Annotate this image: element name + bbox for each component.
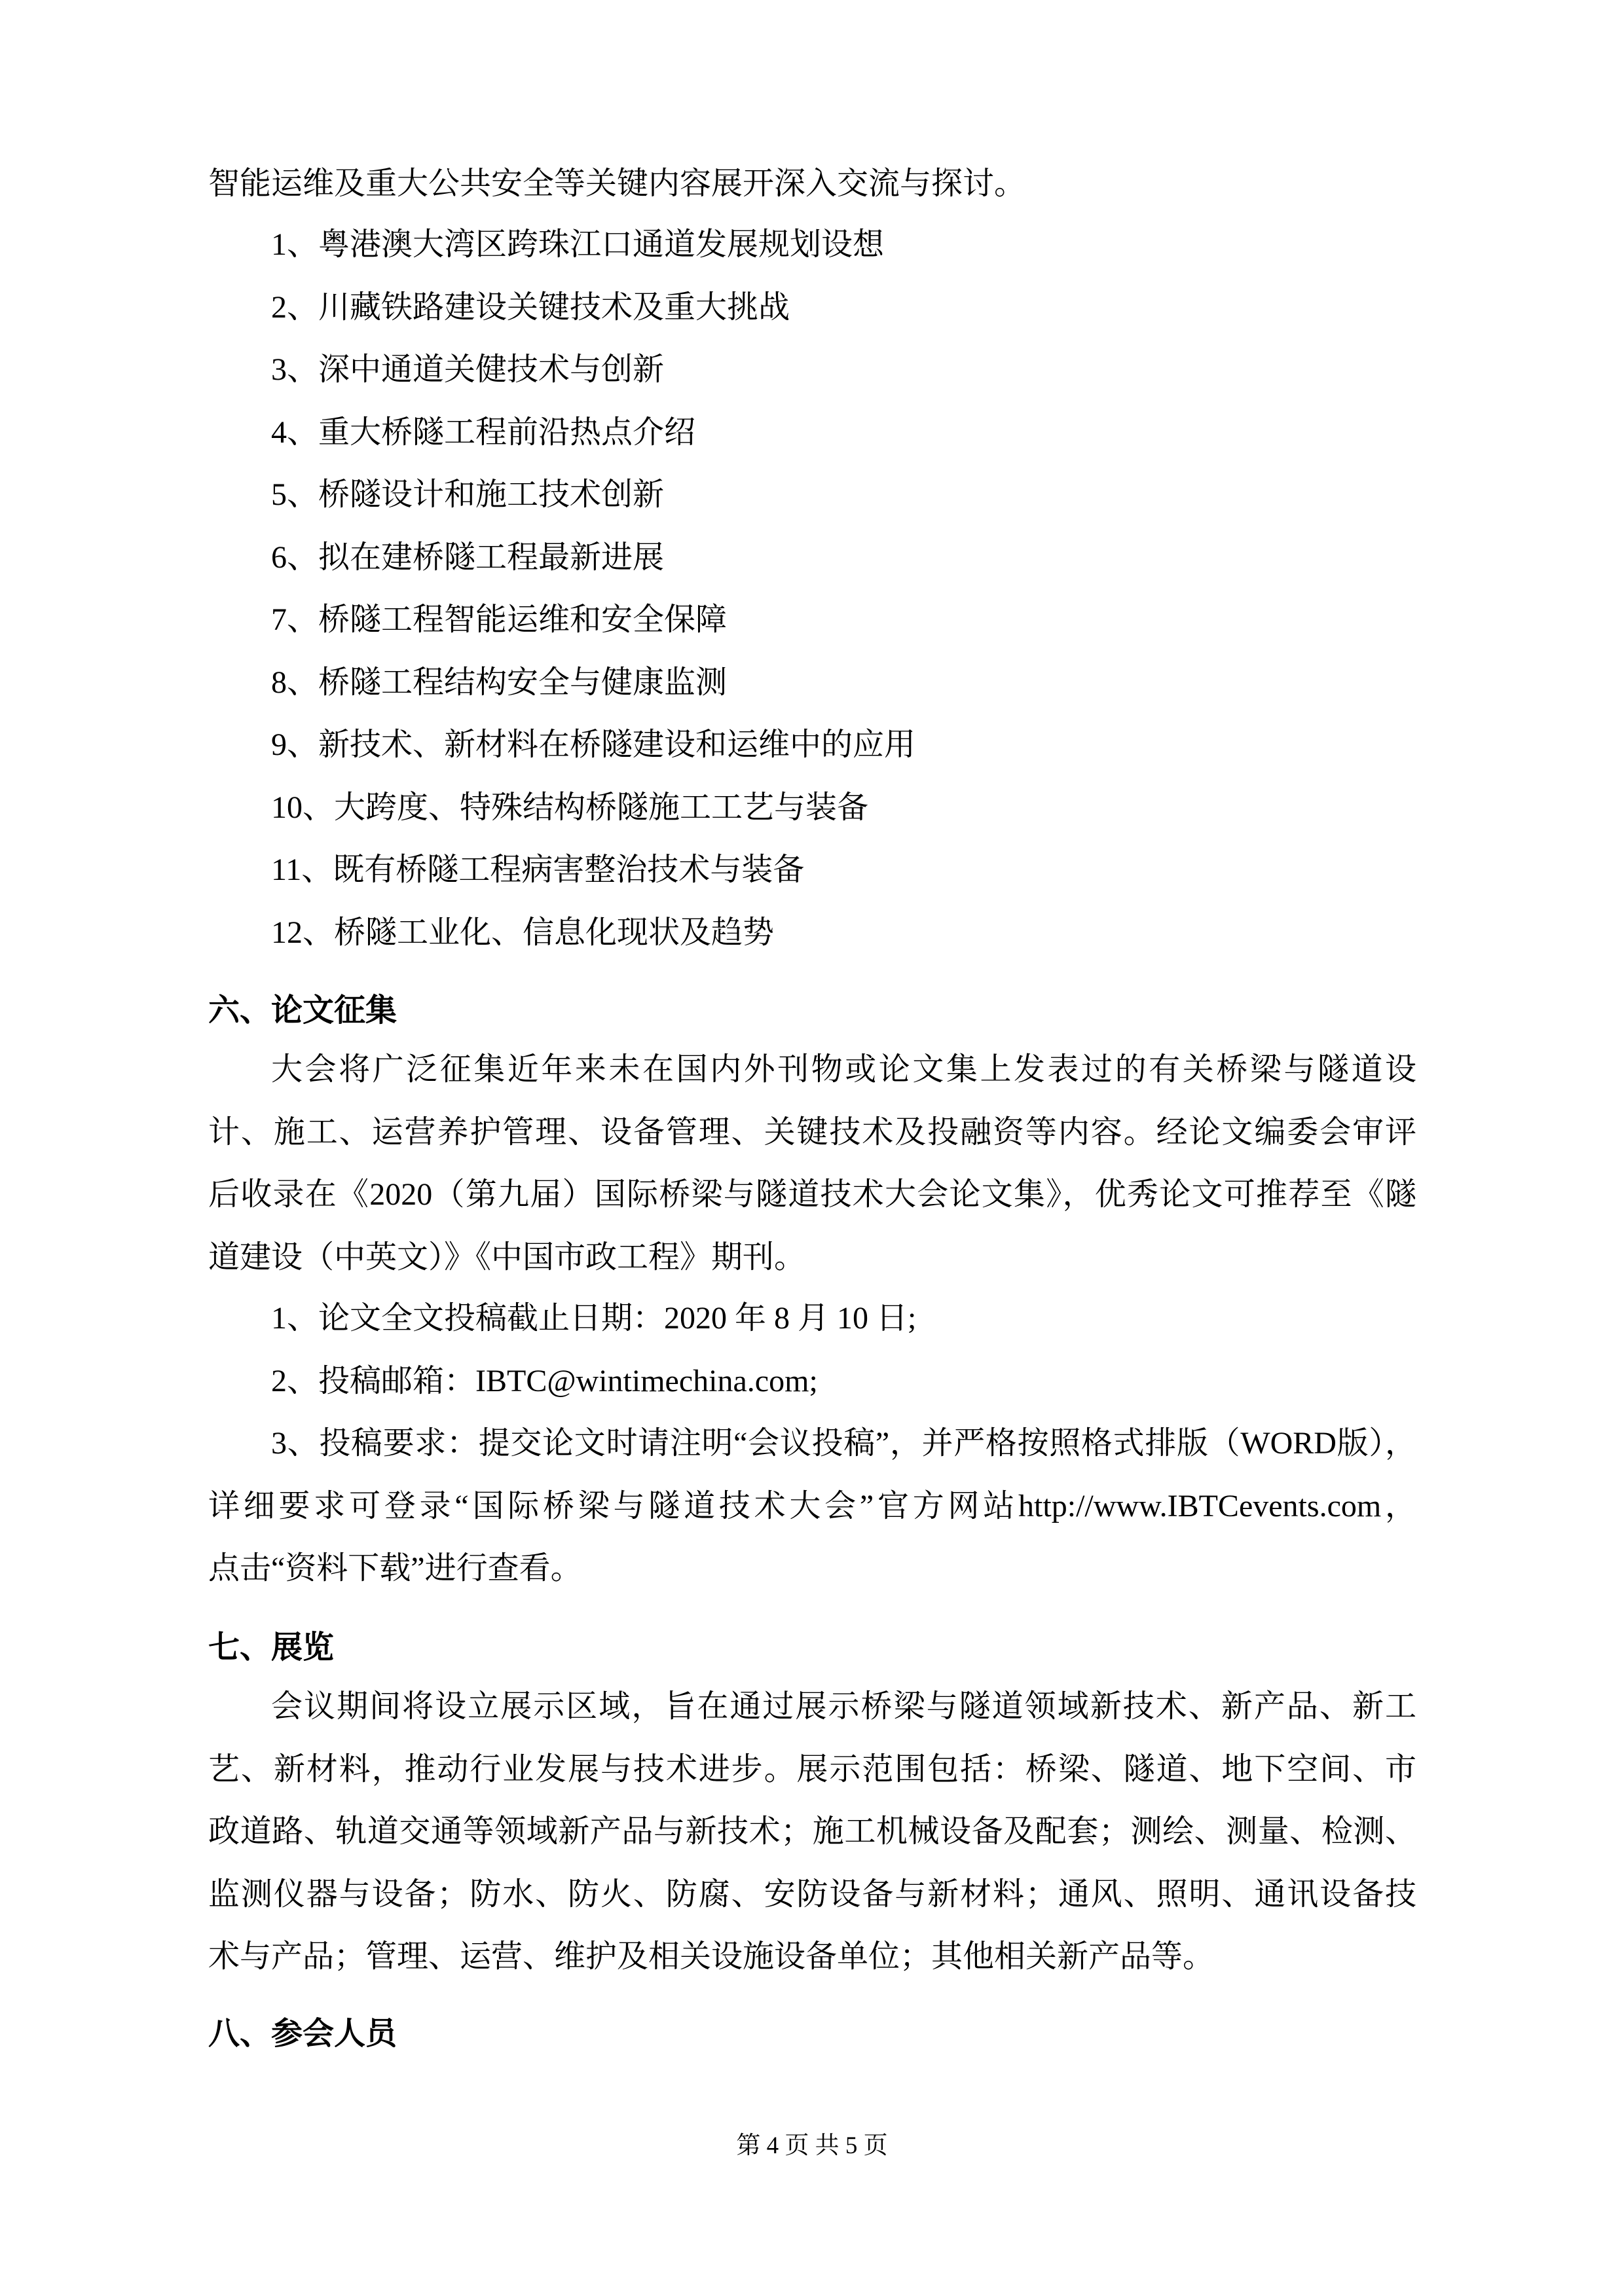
paragraph-line: 术与产品；管理、运营、维护及相关设施设备单位；其他相关新产品等。 — [208, 1925, 1416, 1988]
topic-item: 3、深中通道关健技术与创新 — [208, 338, 1416, 401]
topic-item: 8、桥隧工程结构安全与健康监测 — [208, 651, 1416, 714]
document-page: 智能运维及重大公共安全等关键内容展开深入交流与探讨。 1、粤港澳大湾区跨珠江口通… — [0, 0, 1624, 2296]
expo-section-heading: 七、展览 — [208, 1616, 1416, 1679]
attendees-section-heading: 八、参会人员 — [208, 2003, 1416, 2066]
topic-item: 6、拟在建桥隧工程最新进展 — [208, 526, 1416, 589]
topic-item: 12、桥隧工业化、信息化现状及趋势 — [208, 902, 1416, 964]
section-papers: 六、论文征集 — [208, 979, 1416, 1042]
paragraph-line: 会议期间将设立展示区域，旨在通过展示桥梁与隧道领域新技术、新产品、新工 — [208, 1675, 1416, 1738]
topic-item: 2、川藏铁路建设关键技术及重大挑战 — [208, 276, 1416, 339]
page-footer: 第 4 页 共 5 页 — [0, 2130, 1624, 2162]
expo-paragraph: 会议期间将设立展示区域，旨在通过展示桥梁与隧道领域新技术、新产品、新工 艺、新材… — [208, 1675, 1416, 1988]
paragraph-line: 政道路、轨道交通等领域新产品与新技术；施工机械设备及配套；测绘、测量、检测、 — [208, 1800, 1416, 1863]
paragraph-line: 道建设（中英文）》《中国市政工程》期刊。 — [208, 1226, 1416, 1289]
topic-item: 7、桥隧工程智能运维和安全保障 — [208, 589, 1416, 651]
topic-item: 10、大跨度、特殊结构桥隧施工工艺与装备 — [208, 776, 1416, 839]
papers-list: 1、论文全文投稿截止日期：2020 年 8 月 10 日; 2、投稿邮箱：IBT… — [208, 1287, 1416, 1600]
papers-list-item-line: 3、投稿要求：提交论文时请注明“会议投稿”，并严格按照格式排版（WORD版）， — [208, 1412, 1416, 1475]
paragraph-line: 艺、新材料，推动行业发展与技术进步。展示范围包括：桥梁、隧道、地下空间、市 — [208, 1738, 1416, 1801]
papers-section-heading: 六、论文征集 — [208, 979, 1416, 1042]
section-attendees: 八、参会人员 — [208, 2003, 1416, 2066]
section-expo: 七、展览 — [208, 1616, 1416, 1679]
topic-item: 1、粤港澳大湾区跨珠江口通道发展规划设想 — [208, 213, 1416, 276]
topic-item: 5、桥隧设计和施工技术创新 — [208, 464, 1416, 526]
intro-line: 智能运维及重大公共安全等关键内容展开深入交流与探讨。 — [208, 153, 1416, 215]
paragraph-line: 大会将广泛征集近年来未在国内外刊物或论文集上发表过的有关桥梁与隧道设 — [208, 1038, 1416, 1101]
topics-list: 1、粤港澳大湾区跨珠江口通道发展规划设想 2、川藏铁路建设关键技术及重大挑战 3… — [208, 213, 1416, 964]
topic-item: 11、既有桥隧工程病害整治技术与装备 — [208, 839, 1416, 902]
topic-item: 4、重大桥隧工程前沿热点介绍 — [208, 401, 1416, 464]
papers-list-item: 2、投稿邮箱：IBTC@wintimechina.com; — [208, 1350, 1416, 1413]
topic-item: 9、新技术、新材料在桥隧建设和运维中的应用 — [208, 714, 1416, 776]
papers-paragraph: 大会将广泛征集近年来未在国内外刊物或论文集上发表过的有关桥梁与隧道设 计、施工、… — [208, 1038, 1416, 1288]
paragraph-line: 监测仪器与设备；防水、防火、防腐、安防设备与新材料；通风、照明、通讯设备技 — [208, 1863, 1416, 1926]
papers-list-item: 1、论文全文投稿截止日期：2020 年 8 月 10 日; — [208, 1287, 1416, 1350]
papers-list-item-line: 详细要求可登录“国际桥梁与隧道技术大会”官方网站http://www.IBTCe… — [208, 1475, 1416, 1538]
paragraph-line: 计、施工、运营养护管理、设备管理、关键技术及投融资等内容。经论文编委会审评 — [208, 1101, 1416, 1164]
papers-list-item-line: 点击“资料下载”进行查看。 — [208, 1537, 1416, 1600]
paragraph-line: 后收录在《2020（第九届）国际桥梁与隧道技术大会论文集》，优秀论文可推荐至《隧 — [208, 1163, 1416, 1226]
intro-paragraph: 智能运维及重大公共安全等关键内容展开深入交流与探讨。 — [208, 153, 1416, 215]
